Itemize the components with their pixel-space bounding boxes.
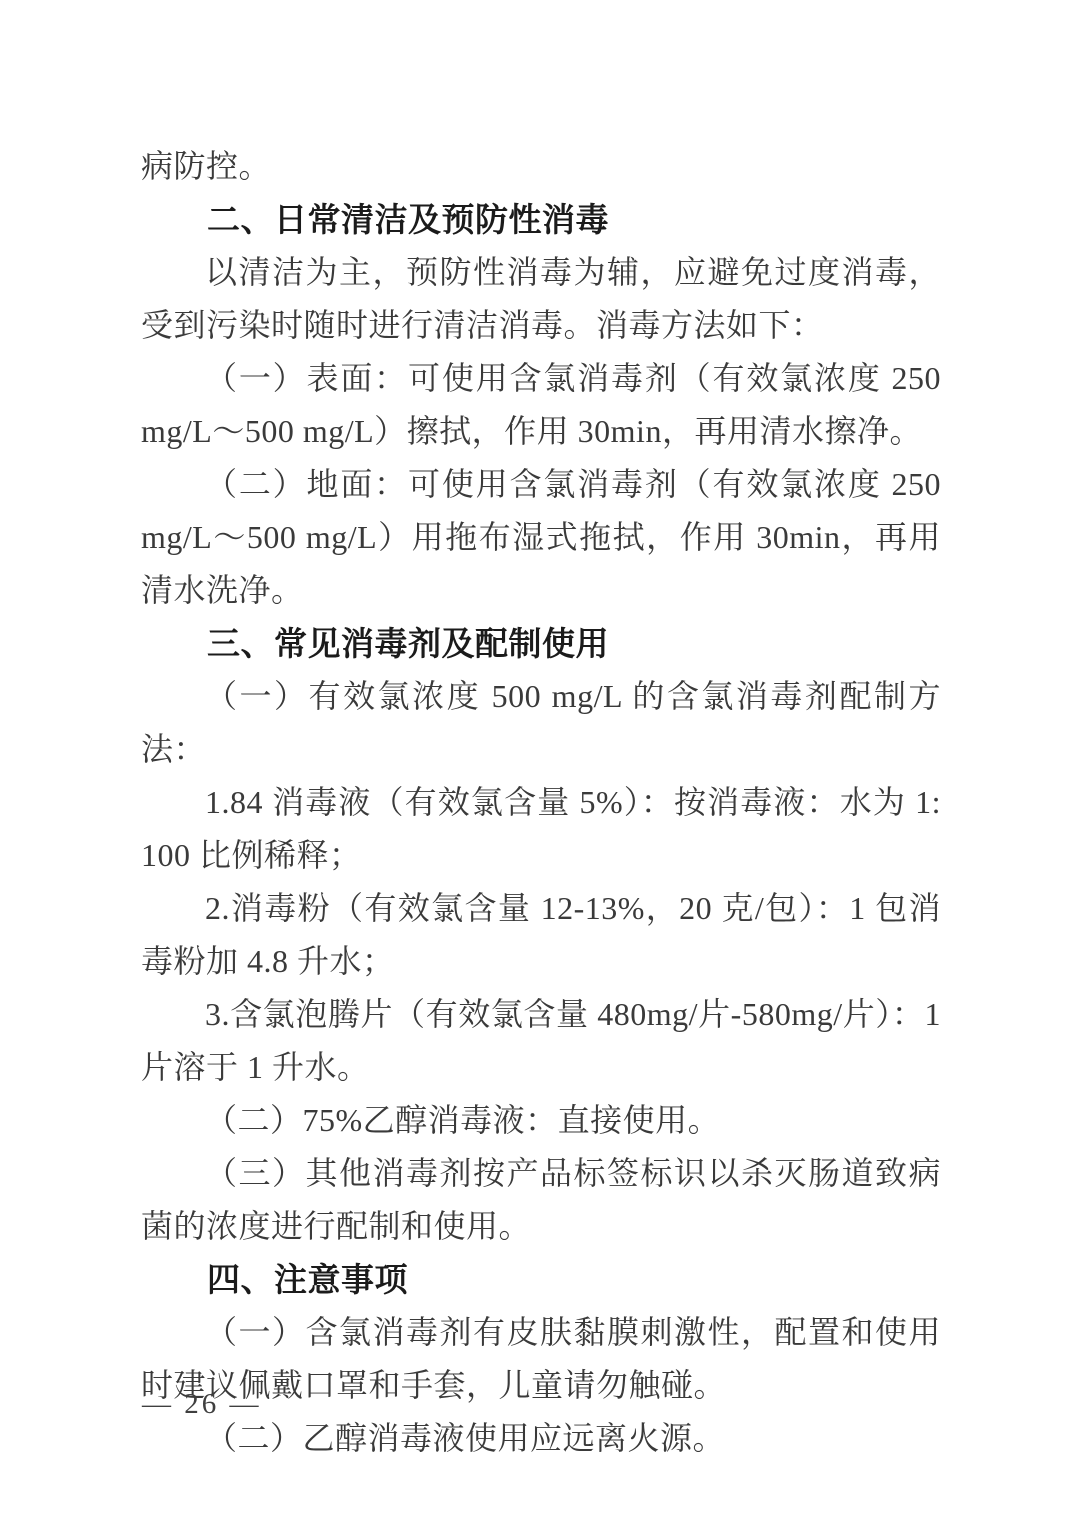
section-heading-2: 二、日常清洁及预防性消毒 [141,193,941,246]
paragraph: 1.84 消毒液（有效氯含量 5%）：按消毒液：水为 1:100 比例稀释； [141,776,941,882]
page-number: — 26 — [142,1388,262,1421]
section-heading-3: 三、常见消毒剂及配制使用 [141,617,941,670]
paragraph: （二）地面：可使用含氯消毒剂（有效氯浓度 250 mg/L～500 mg/L）用… [141,458,941,617]
paragraph: （一）有效氯浓度 500 mg/L 的含氯消毒剂配制方法： [141,670,941,776]
document-body: 病防控。 二、日常清洁及预防性消毒 以清洁为主，预防性消毒为辅，应避免过度消毒，… [141,140,941,1465]
document-page: 病防控。 二、日常清洁及预防性消毒 以清洁为主，预防性消毒为辅，应避免过度消毒，… [0,0,1080,1527]
paragraph: （二）75%乙醇消毒液：直接使用。 [141,1094,941,1147]
section-heading-4: 四、注意事项 [141,1253,941,1306]
paragraph: （三）其他消毒剂按产品标签标识以杀灭肠道致病菌的浓度进行配制和使用。 [141,1147,941,1253]
paragraph: （一）表面：可使用含氯消毒剂（有效氯浓度 250 mg/L～500 mg/L）擦… [141,352,941,458]
paragraph-continued: 病防控。 [141,140,941,193]
paragraph: 2.消毒粉（有效氯含量 12-13%，20 克/包）：1 包消毒粉加 4.8 升… [141,882,941,988]
paragraph: 以清洁为主，预防性消毒为辅，应避免过度消毒，受到污染时随时进行清洁消毒。消毒方法… [141,246,941,352]
paragraph: 3.含氯泡腾片（有效氯含量 480mg/片-580mg/片）：1 片溶于 1 升… [141,988,941,1094]
